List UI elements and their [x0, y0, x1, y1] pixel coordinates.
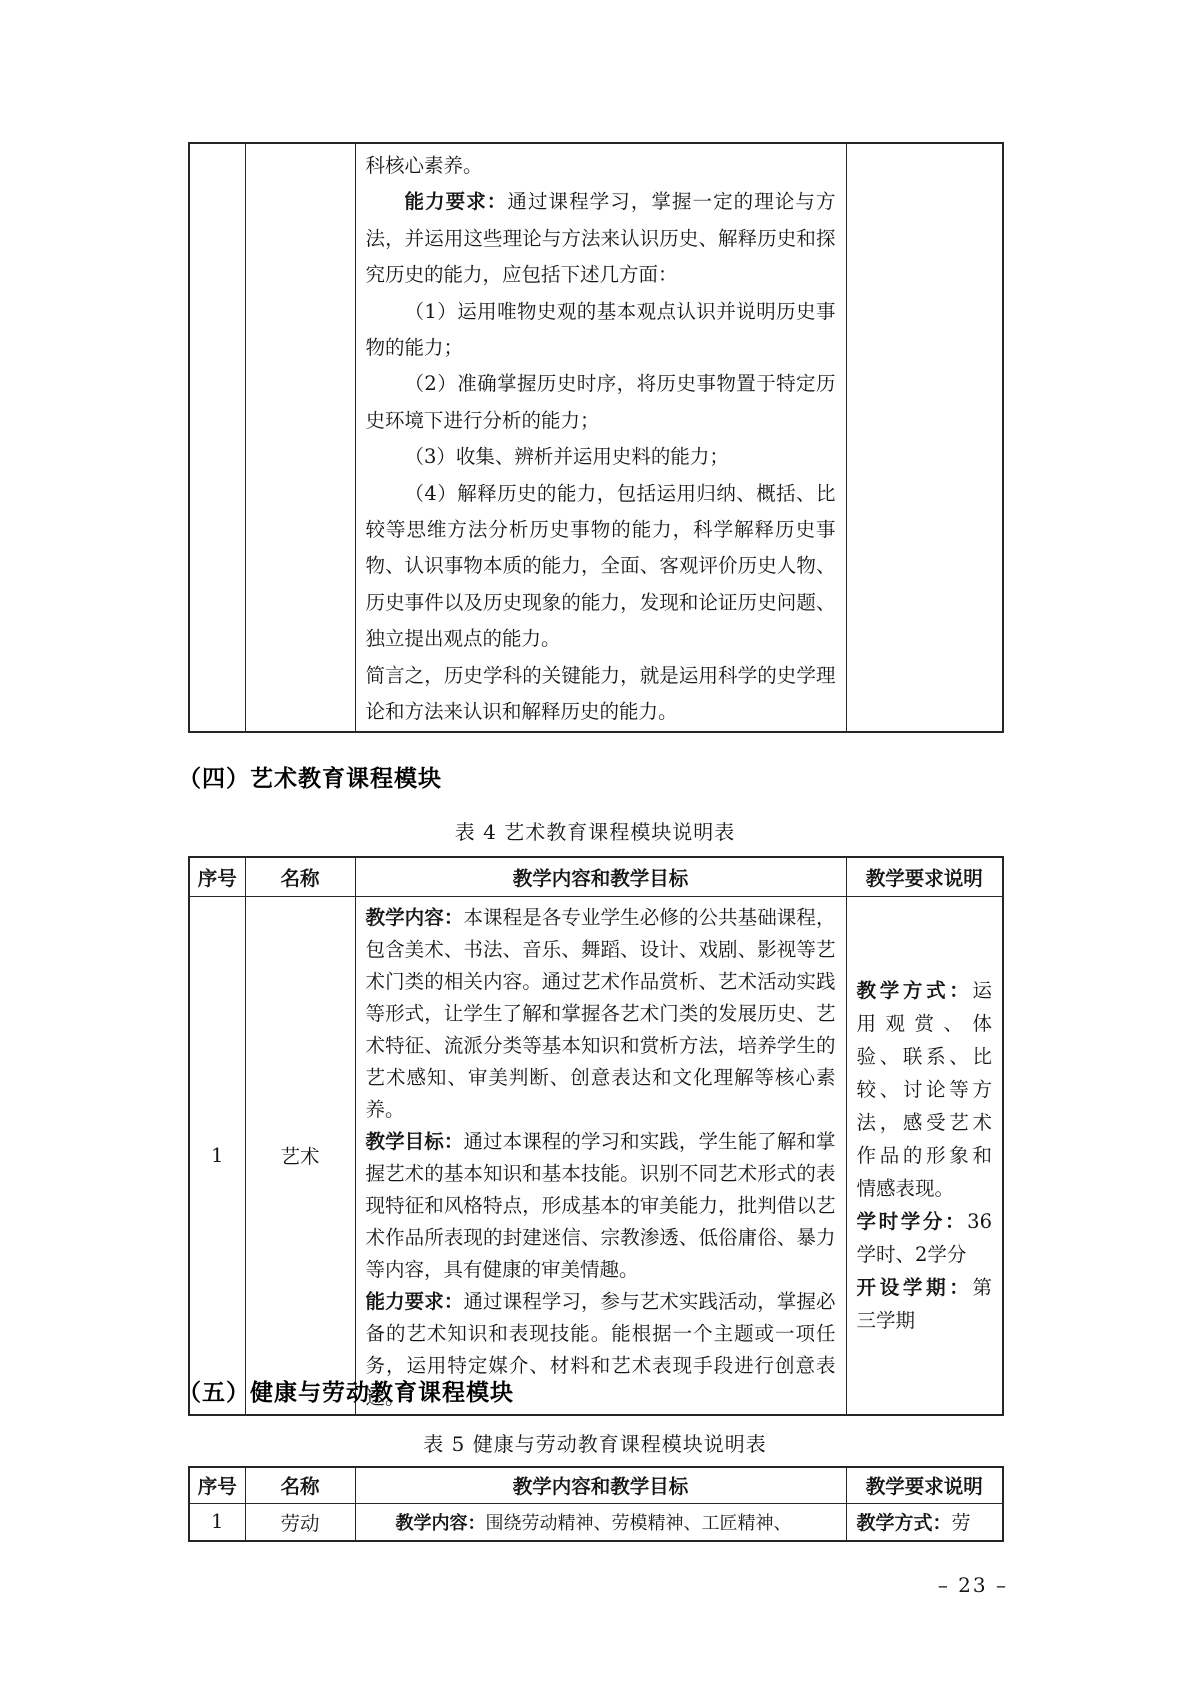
document-page: 科核心素养。 能力要求：通过课程学习，掌握一定的理论与方法，并运用这些理论与方法…	[0, 0, 1191, 1684]
paragraph: 教学方式：运用观赏、体验、联系、比较、讨论等方法，感受艺术作品的形象和情感表现。	[857, 974, 993, 1205]
table5-header-requirement: 教学要求说明	[846, 1467, 1003, 1503]
section-heading-4: （四）艺术教育课程模块	[178, 760, 442, 793]
requirement-cell-empty	[846, 143, 1003, 732]
paragraph: （4）解释历史的能力，包括运用归纳、概括、比较等思维方法分析历史事物的能力，科学…	[366, 476, 836, 658]
bold-label: 教学内容：	[366, 906, 464, 929]
page-number: – 23 –	[188, 1573, 1008, 1597]
content-cell: 教学内容：围绕劳动精神、劳模精神、工匠精神、	[355, 1503, 846, 1541]
paragraph: 学时学分：36学时、2学分	[857, 1205, 993, 1271]
paragraph: 教学内容：本课程是各专业学生必修的公共基础课程，包含美术、书法、音乐、舞蹈、设计…	[366, 902, 836, 1126]
section-heading-5: （五）健康与劳动教育课程模块	[178, 1374, 514, 1407]
content-cell: 科核心素养。 能力要求：通过课程学习，掌握一定的理论与方法，并运用这些理论与方法…	[355, 143, 846, 732]
table5-header-content: 教学内容和教学目标	[355, 1467, 846, 1503]
table4-caption: 表 4 艺术教育课程模块说明表	[188, 816, 1002, 845]
table-row: 1 劳动 教学内容：围绕劳动精神、劳模精神、工匠精神、 教学方式：劳	[189, 1503, 1003, 1541]
paragraph: 开设学期：第三学期	[857, 1271, 993, 1337]
requirement-cell: 教学方式：运用观赏、体验、联系、比较、讨论等方法，感受艺术作品的形象和情感表现。…	[846, 896, 1003, 1415]
table4-header-requirement: 教学要求说明	[846, 857, 1003, 896]
seq-cell: 1	[189, 896, 245, 1415]
table5: 序号 名称 教学内容和教学目标 教学要求说明 1 劳动 教学内容：围绕劳动精神、…	[188, 1466, 1004, 1542]
requirement-cell: 教学方式：劳	[846, 1503, 1003, 1541]
bold-label: 教学方式：	[857, 1512, 952, 1534]
table3-continuation: 科核心素养。 能力要求：通过课程学习，掌握一定的理论与方法，并运用这些理论与方法…	[188, 142, 1004, 733]
paragraph: 科核心素养。	[366, 148, 836, 184]
bold-label: 教学方式：	[857, 979, 973, 1002]
bold-label: 教学内容：	[396, 1513, 486, 1534]
name-cell: 艺术	[245, 896, 355, 1415]
table5-header-name: 名称	[245, 1467, 355, 1503]
paragraph: （1）运用唯物史观的基本观点认识并说明历史事物的能力；	[366, 294, 836, 367]
bold-label: 能力要求：	[366, 1290, 464, 1313]
bold-label: 开设学期：	[857, 1276, 973, 1299]
table4-header-content: 教学内容和教学目标	[355, 857, 846, 896]
name-cell: 劳动	[245, 1503, 355, 1541]
table5-caption: 表 5 健康与劳动教育课程模块说明表	[188, 1428, 1002, 1457]
content-cell: 教学内容：本课程是各专业学生必修的公共基础课程，包含美术、书法、音乐、舞蹈、设计…	[355, 896, 846, 1415]
table4-header-seq: 序号	[189, 857, 245, 896]
seq-cell: 1	[189, 1503, 245, 1541]
bold-label: 教学目标：	[366, 1130, 464, 1153]
bold-label: 学时学分：	[857, 1210, 968, 1233]
paragraph: 能力要求：通过课程学习，掌握一定的理论与方法，并运用这些理论与方法来认识历史、解…	[366, 184, 836, 293]
paragraph: 简言之，历史学科的关键能力，就是运用科学的史学理论和方法来认识和解释历史的能力。	[366, 658, 836, 731]
name-cell-empty	[245, 143, 355, 732]
paragraph: （2）准确掌握历史时序，将历史事物置于特定历史环境下进行分析的能力；	[366, 366, 836, 439]
paragraph: （3）收集、辨析并运用史料的能力；	[366, 439, 836, 475]
table4: 序号 名称 教学内容和教学目标 教学要求说明 1 艺术 教学内容：本课程是各专业…	[188, 856, 1004, 1416]
table-row: 1 艺术 教学内容：本课程是各专业学生必修的公共基础课程，包含美术、书法、音乐、…	[189, 896, 1003, 1415]
paragraph: 教学目标：通过本课程的学习和实践，学生能了解和掌握艺术的基本知识和基本技能。识别…	[366, 1126, 836, 1286]
table4-header-name: 名称	[245, 857, 355, 896]
seq-cell-empty	[189, 143, 245, 732]
bold-label: 能力要求：	[405, 190, 508, 213]
table5-header-seq: 序号	[189, 1467, 245, 1503]
